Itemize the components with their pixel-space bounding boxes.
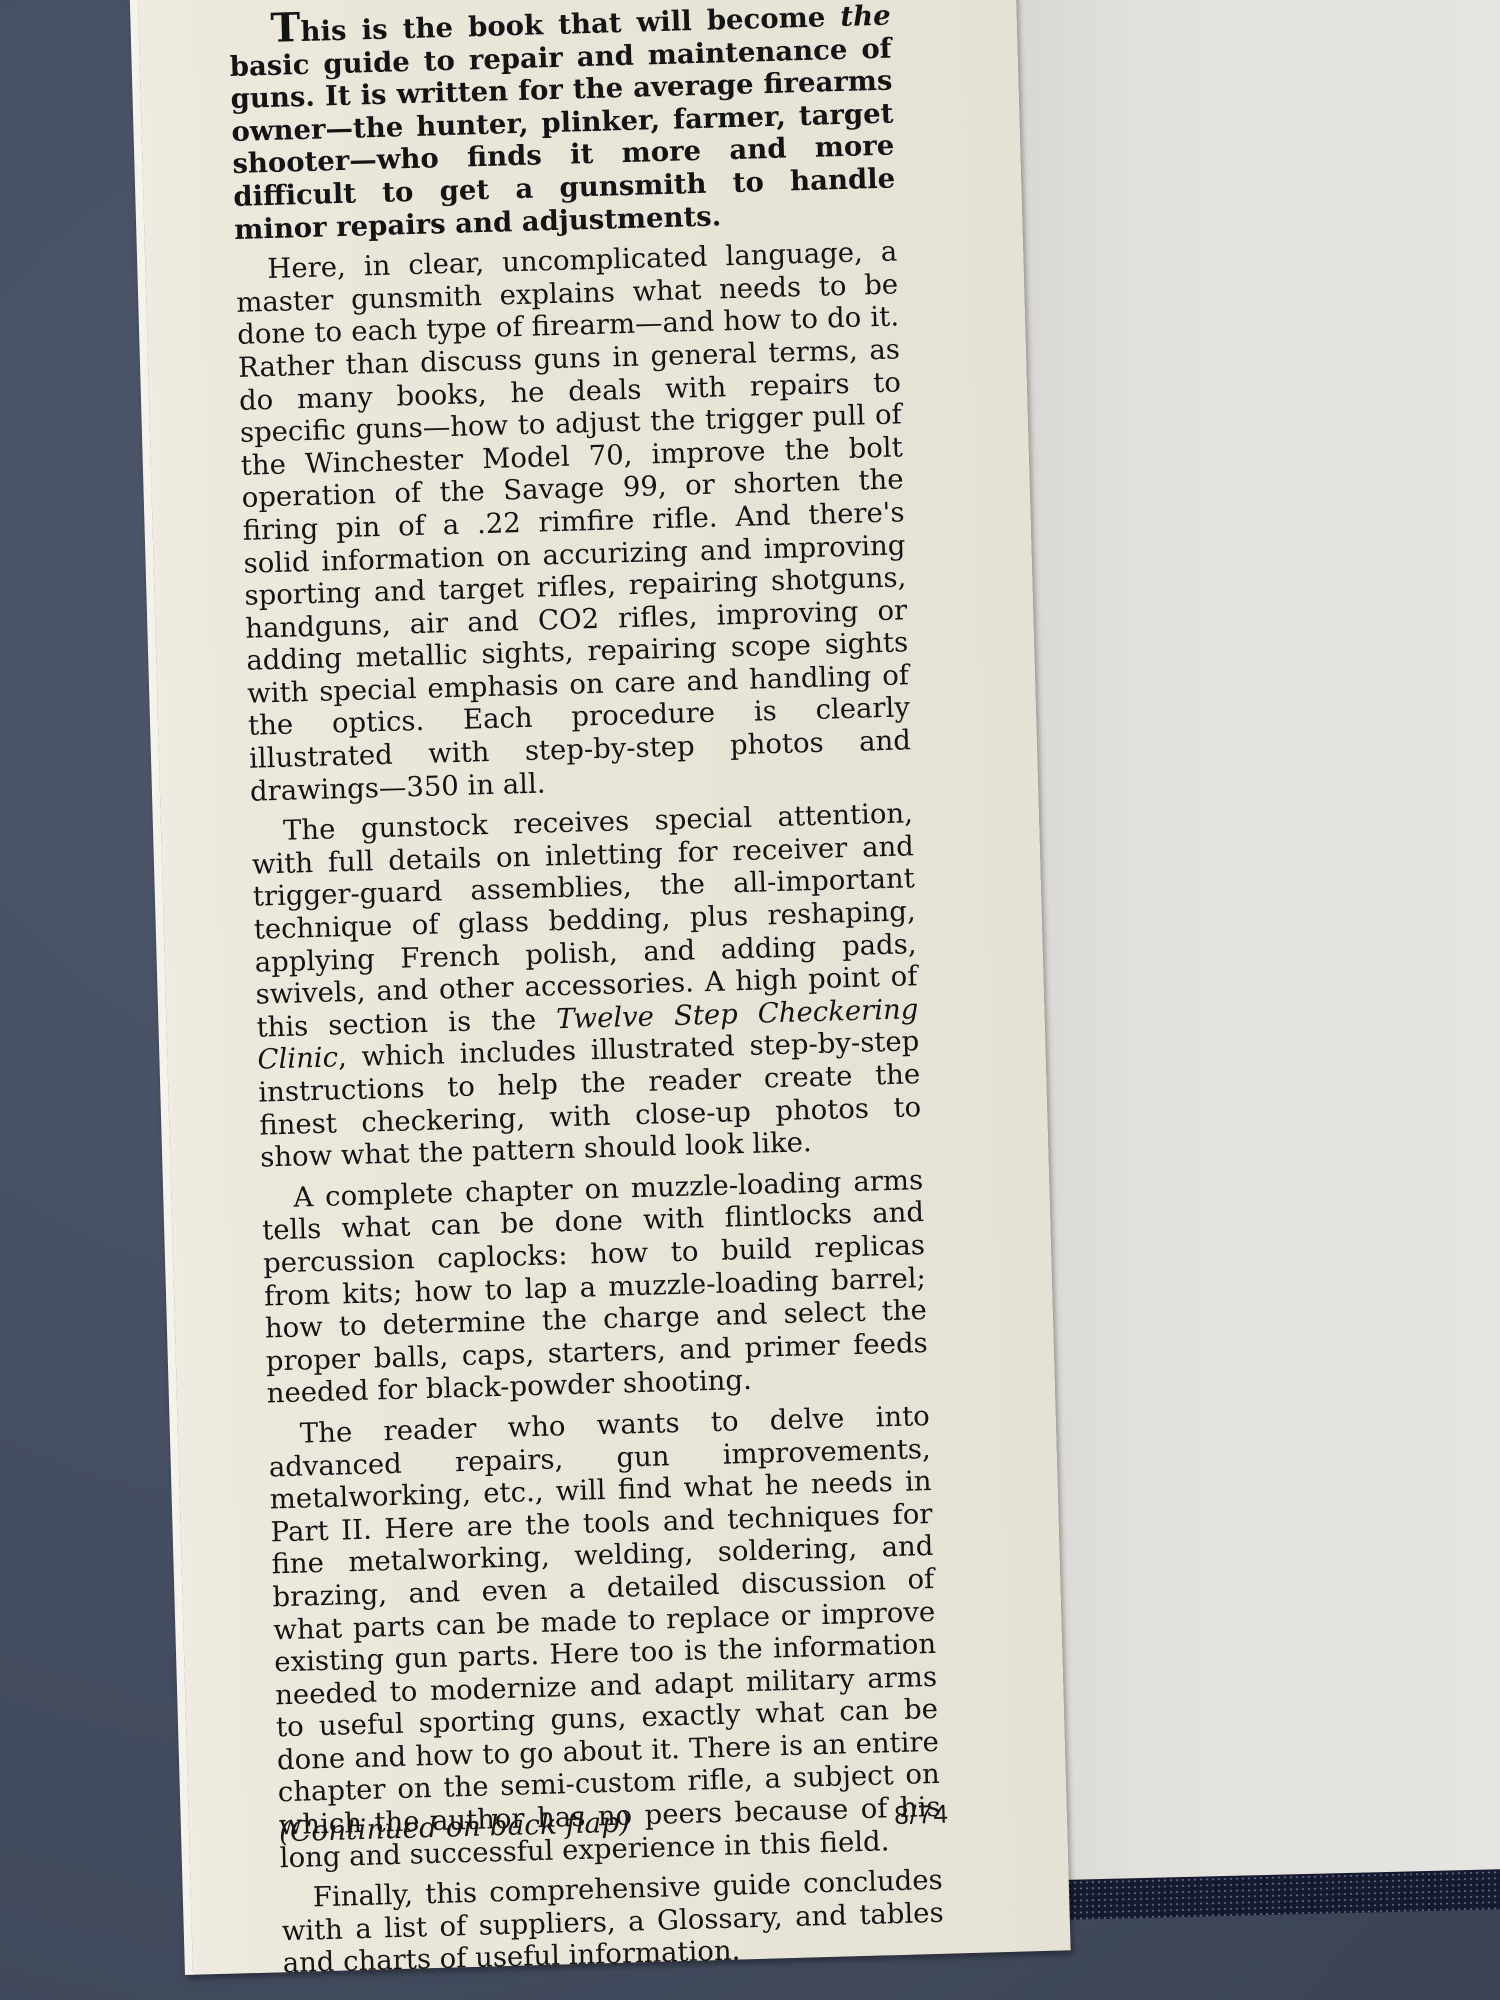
flap-text: This is the book that will become the ba… — [228, 0, 945, 1988]
paragraph-muzzle-loading: A complete chapter on muzzle-loading arm… — [261, 1164, 929, 1411]
drop-cap: T — [270, 4, 301, 52]
book-page — [1000, 0, 1500, 1888]
paragraph-intro: This is the book that will become the ba… — [228, 0, 896, 246]
price-code: 8/74 — [894, 1799, 949, 1832]
paragraph-gunstock: The gunstock receives special attention,… — [251, 797, 923, 1174]
paragraph-conclusion: Finally, this comprehensive guide conclu… — [280, 1864, 944, 1980]
dust-jacket-flap: This is the book that will become the ba… — [129, 0, 1070, 1975]
paragraph-overview: Here, in clear, uncomplicated language, … — [235, 236, 912, 808]
